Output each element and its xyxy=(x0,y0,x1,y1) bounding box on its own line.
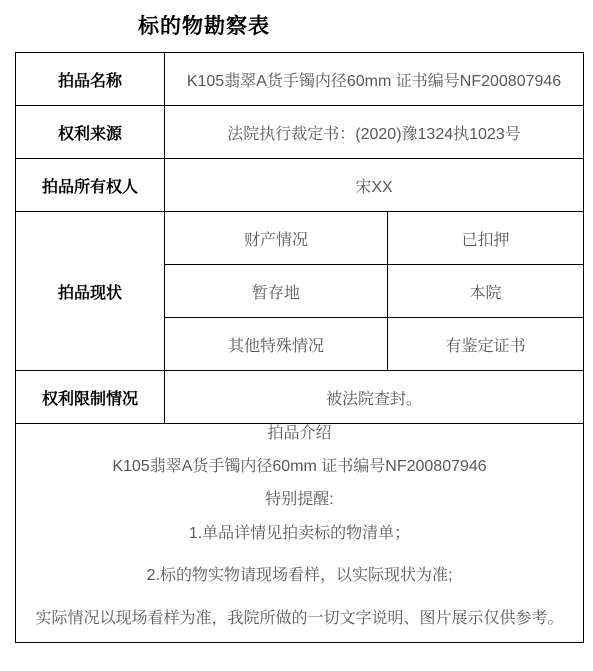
item-name-value: K105翡翠A货手镯内径60mm 证书编号NF200807946 xyxy=(165,53,584,106)
row-label-item-name: 拍品名称 xyxy=(16,53,165,106)
intro-section-title: 拍品介绍 xyxy=(16,424,583,444)
other-special-value: 有鉴定证书 xyxy=(388,318,584,371)
sub-label-storage-place: 暂存地 xyxy=(165,265,388,318)
page-title: 标的物勘察表 xyxy=(138,14,593,40)
table-row-item-owner: 拍品所有权人 宋XX xyxy=(16,159,584,212)
item-introduction-cell: 拍品介绍 K105翡翠A货手镯内径60mm 证书编号NF200807946 特别… xyxy=(16,424,584,643)
row-label-rights-restriction: 权利限制情况 xyxy=(16,371,165,424)
intro-item-description: K105翡翠A货手镯内径60mm 证书编号NF200807946 xyxy=(16,457,583,477)
row-label-item-status: 拍品现状 xyxy=(16,212,165,371)
intro-note-1: 1.单品详情见拍卖标的物清单； xyxy=(16,524,583,544)
row-label-item-owner: 拍品所有权人 xyxy=(16,159,165,212)
item-owner-value: 宋XX xyxy=(165,159,584,212)
survey-table: 拍品名称 K105翡翠A货手镯内径60mm 证书编号NF200807946 权利… xyxy=(15,52,584,643)
intro-disclaimer: 实际情况以现场看样为准，我院所做的一切文字说明、图片展示仅供参考。 xyxy=(16,609,583,629)
property-situation-value: 已扣押 xyxy=(388,212,584,265)
table-row-item-introduction: 拍品介绍 K105翡翠A货手镯内径60mm 证书编号NF200807946 特别… xyxy=(16,424,584,643)
intro-special-reminder-heading: 特别提醒: xyxy=(16,490,583,510)
rights-source-value: 法院执行裁定书：(2020)豫1324执1023号 xyxy=(165,106,584,159)
table-row-item-status-1: 拍品现状 财产情况 已扣押 xyxy=(16,212,584,265)
row-label-rights-source: 权利来源 xyxy=(16,106,165,159)
sub-label-other-special: 其他特殊情况 xyxy=(165,318,388,371)
intro-note-2: 2.标的物实物请现场看样，以实际现状为准; xyxy=(16,566,583,586)
rights-restriction-value: 被法院查封。 xyxy=(165,371,584,424)
survey-document: 标的物勘察表 拍品名称 K105翡翠A货手镯内径60mm 证书编号NF20080… xyxy=(0,14,593,643)
table-row-rights-source: 权利来源 法院执行裁定书：(2020)豫1324执1023号 xyxy=(16,106,584,159)
table-row-rights-restriction: 权利限制情况 被法院查封。 xyxy=(16,371,584,424)
storage-place-value: 本院 xyxy=(388,265,584,318)
table-row-item-name: 拍品名称 K105翡翠A货手镯内径60mm 证书编号NF200807946 xyxy=(16,53,584,106)
sub-label-property-situation: 财产情况 xyxy=(165,212,388,265)
